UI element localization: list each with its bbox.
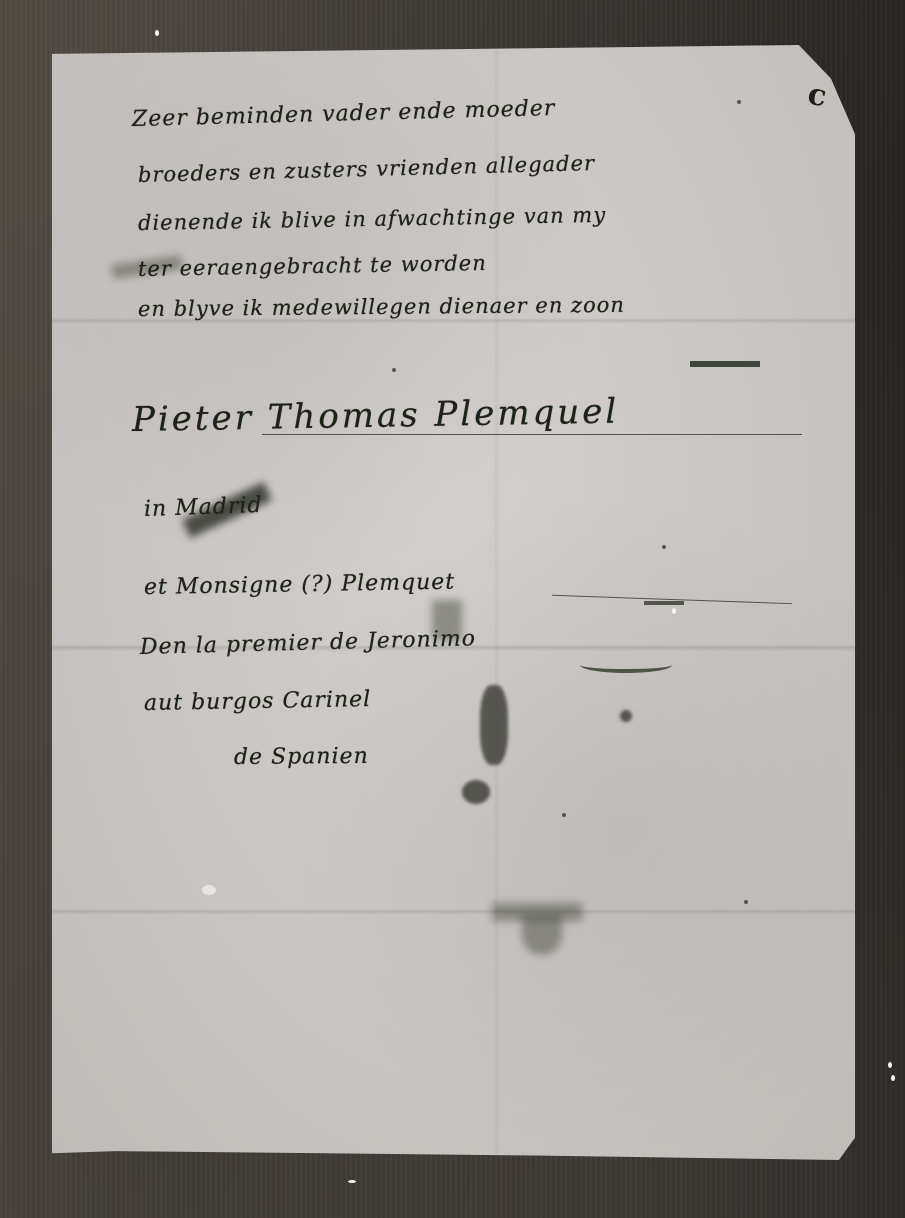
letter-line: broeders en zusters vrienden allegader <box>138 151 596 187</box>
scan-speck <box>888 1062 892 1068</box>
date-line: Den la premier de Jeronimo <box>140 626 477 660</box>
scan-speck <box>155 30 159 36</box>
water-stain <box>522 915 562 955</box>
closing-line: et Monsigne (?) Plemquet <box>144 570 456 600</box>
speck <box>392 368 396 372</box>
page-mark: c <box>805 77 829 115</box>
ink-blot <box>480 685 508 765</box>
letter-line: Zeer beminden vader ende moeder <box>132 96 556 132</box>
ink-stroke <box>690 353 760 367</box>
scan-speck <box>891 1075 895 1081</box>
place-line: in Madrid <box>144 493 263 522</box>
ink-stroke <box>580 657 672 673</box>
signature-underline <box>262 432 802 435</box>
country-line: de Spanien <box>234 744 369 770</box>
speck <box>662 545 666 549</box>
letter-page: c Zeer beminden vader ende moeder broede… <box>52 45 855 1160</box>
paper-speck <box>672 608 676 614</box>
letter-line: ter eeraengebracht te worden <box>138 251 487 281</box>
speck <box>744 900 748 904</box>
letter-line: dienende ik blive in afwachtinge van my <box>138 203 607 235</box>
ink-blot <box>462 780 490 804</box>
ink-blot <box>620 710 632 722</box>
scan-speck <box>348 1180 356 1183</box>
speck <box>562 813 566 817</box>
paper-speck <box>202 885 216 895</box>
letter-line: en blyve ik medewillegen dienaer en zoon <box>138 293 625 321</box>
closing-line: aut burgos Carinel <box>144 687 372 716</box>
speck <box>737 100 741 104</box>
